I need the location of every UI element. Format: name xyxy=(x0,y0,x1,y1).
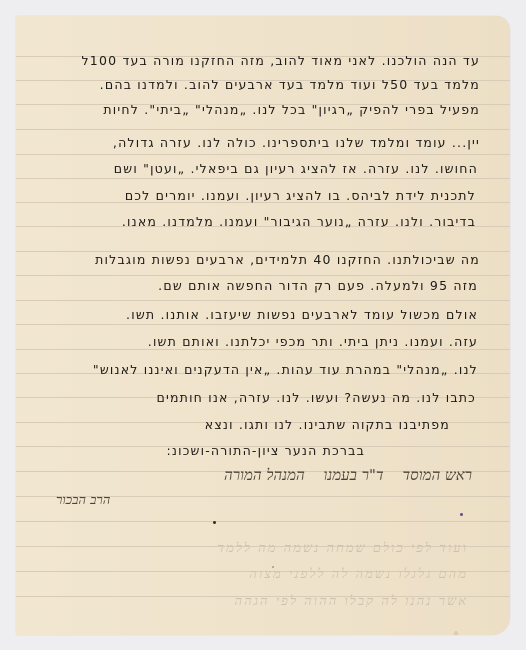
closing-line: בברכת הנער ציון-התורה-ושכונ: xyxy=(167,443,365,458)
letter-line-3: מפעיל בפרי להפיק „רגיון" בכל לנו. „מנהלי… xyxy=(103,102,480,117)
letter-line-4: יין... עומד ומלמד שלנו ביתספרינו. כולה ל… xyxy=(113,135,480,150)
bleed-through-line-2: מהם גלגלו נשמה לה ללפני מצוה xyxy=(249,566,468,582)
letter-line-10: אולם מכשול עומד לארבעים נפשות שיעזבו. או… xyxy=(126,307,478,322)
bleed-through-line-1: ועוד לפי כולם שמחה נשמה מה ללמד xyxy=(217,540,468,556)
letter-line-11: עזה. ועמנו. ניתן ביתי. ותר מכפי יכלתנו. … xyxy=(148,334,478,349)
signature-3: המנהל המורה xyxy=(224,466,305,484)
ink-speck xyxy=(460,513,463,516)
ruled-line xyxy=(16,349,510,350)
ruled-line xyxy=(16,521,510,522)
ruled-line xyxy=(16,129,510,130)
letter-line-14: מפתיבנו בתקוה שתבינו. לנו ותגו. ונצא xyxy=(205,417,450,432)
letter-line-1: עד הנה הולכנו. לאני מאוד להוב, מזה החזקנ… xyxy=(81,53,480,68)
ruled-line xyxy=(16,300,510,301)
letter-line-13: כתבו לנו. מה נעשה? ועשו. לנו. עזרה, אנו … xyxy=(156,390,476,405)
bleed-through-line-3: אשר נהנו לה קבלו ההוה לפי הגהה xyxy=(234,593,468,609)
ruled-line xyxy=(16,178,510,179)
ink-speck xyxy=(272,566,274,568)
ruled-line xyxy=(16,324,510,325)
signature-2: ד"ר בעמנו xyxy=(324,466,384,484)
letter-line-2: מלמד בעד 50ל ועוד מלמד בעד ארבעים להוב. … xyxy=(100,77,480,92)
signature-block: ראש המוסד ד"ר בעמנו המנהל המורה xyxy=(224,466,472,485)
letter-line-12: לנו. „מנהלי" במהרת עוד עהות. „אין הדעקני… xyxy=(93,362,478,377)
letter-line-9: מזה 95 ולמעלה. פעם רק הדור החפשה אותם שם… xyxy=(158,278,478,293)
letter-line-7: בדיבור. ולנו. עזרה „נוער הגיבור" ועמנו. … xyxy=(122,214,476,229)
signature-subline: הרב הבכור xyxy=(56,492,110,508)
letter-paper: עד הנה הולכנו. לאני מאוד להוב, מזה החזקנ… xyxy=(16,16,510,635)
stain-speck xyxy=(454,631,458,635)
ruled-line xyxy=(16,154,510,155)
letter-line-8: מה שביכולתנו. החזקנו 40 תלמידים, ארבעים … xyxy=(95,252,480,267)
letter-line-6: לתכנית לידת לביהס. בו להציג רעיון. ועמנו… xyxy=(125,188,476,203)
letter-line-5: החושו. לנו. עזרה. אז להציג רעיון גם ביפא… xyxy=(114,161,478,176)
signature-1: ראש המוסד xyxy=(402,466,472,484)
ruled-line xyxy=(16,275,510,276)
ink-speck xyxy=(213,521,216,524)
